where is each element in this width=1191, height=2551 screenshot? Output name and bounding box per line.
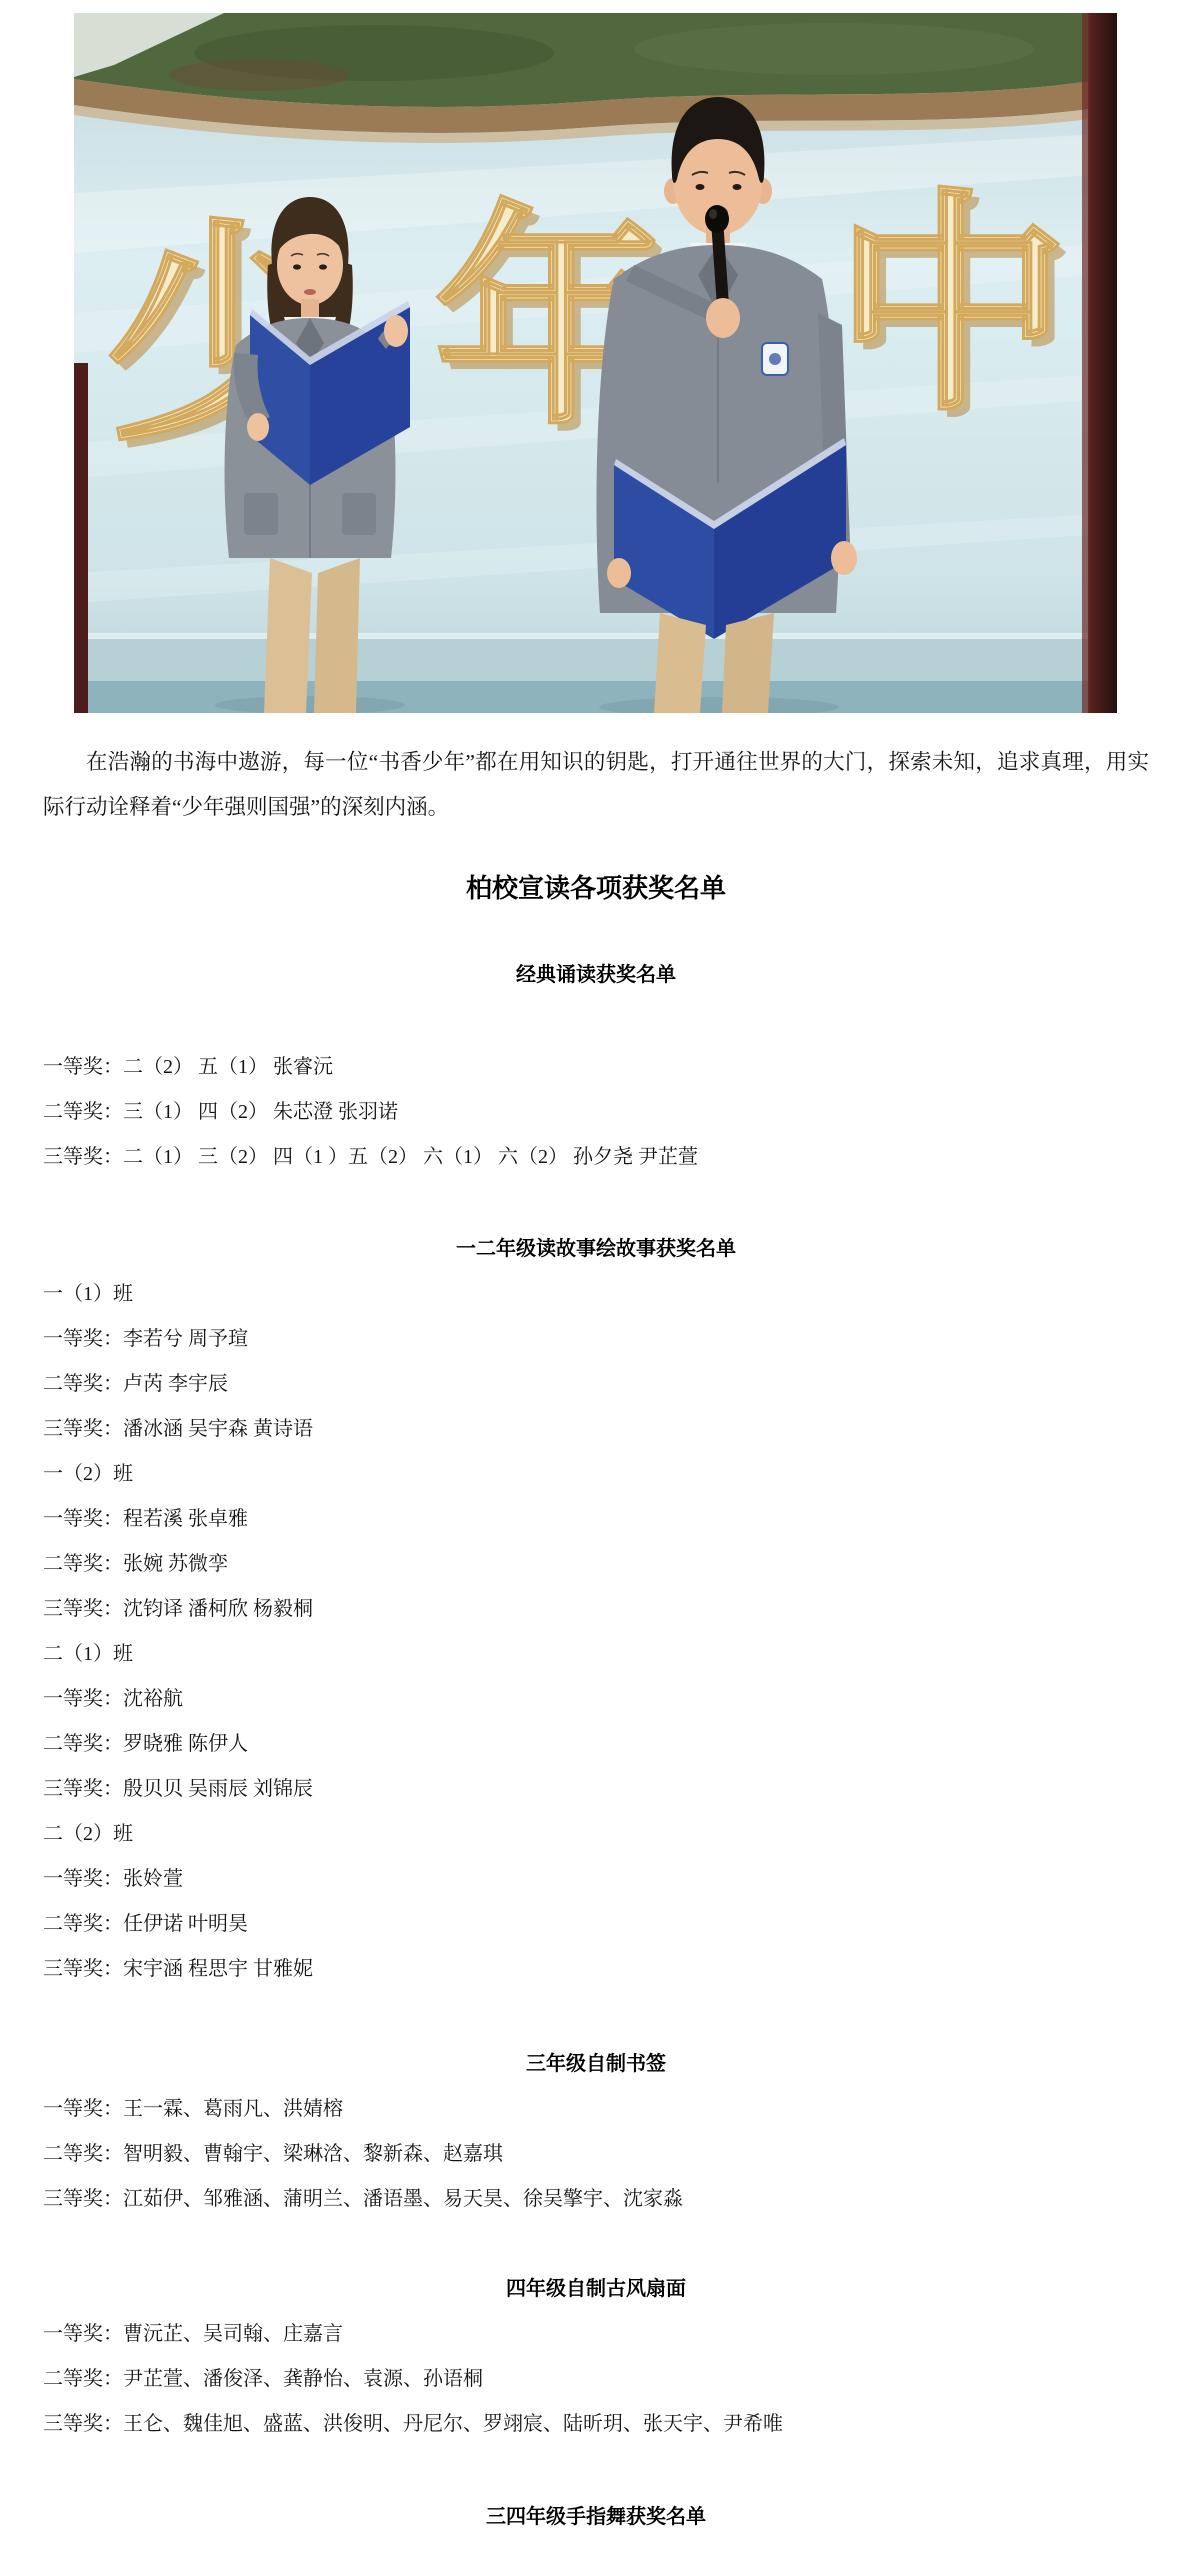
class-label: 二（2）班 [43, 1812, 1149, 1857]
award-line: 三等奖：沈钧译 潘柯欣 杨毅桐 [43, 1587, 1149, 1632]
stage-photo: 少 年 中 少 年 中 [74, 13, 1117, 713]
award-line: 一等奖：沈裕航 [43, 1677, 1149, 1722]
section-heading-classic-reading: 经典诵读获奖名单 [43, 953, 1149, 998]
slogan-char: 中 [834, 178, 1069, 438]
curtain-right [1082, 13, 1117, 713]
curtain-left [74, 363, 88, 713]
award-line: 二等奖：任伊诺 叶明昊 [43, 1902, 1149, 1947]
stage-backdrop-top [74, 13, 1117, 143]
award-line: 二等奖：尹芷萱、潘俊泽、龚静怡、袁源、孙语桐 [43, 2357, 1149, 2402]
award-line: 二等奖：智明毅、曹翰宇、梁琳浛、黎新森、赵嘉琪 [43, 2132, 1149, 2177]
award-line: 一等奖：李若兮 周予瑄 [43, 1317, 1149, 1362]
award-line: 一等奖：王一霖、葛雨凡、洪婧榕 [43, 2087, 1149, 2132]
award-line: 三等奖：二（1） 三（2） 四（1 ）五（2） 六（1） 六（2） 孙夕尧 尹芷… [43, 1135, 1149, 1180]
class-label: 一（2）班 [43, 1452, 1149, 1497]
section-heading-finger-dance: 三四年级手指舞获奖名单 [43, 2495, 1149, 2540]
article-body: 在浩瀚的书海中遨游，每一位“书香少年”都在用知识的钥匙，打开通往世界的大门，探索… [43, 713, 1149, 2540]
award-line: 一等奖：曹沅芷、吴司翰、庄嘉言 [43, 2312, 1149, 2357]
award-line: 一等奖：程若溪 张卓雅 [43, 1497, 1149, 1542]
intro-paragraph: 在浩瀚的书海中遨游，每一位“书香少年”都在用知识的钥匙，打开通往世界的大门，探索… [43, 740, 1149, 830]
award-line: 二等奖：三（1） 四（2） 朱芯澄 张羽诺 [43, 1090, 1149, 1135]
page-title: 柏校宣读各项获奖名单 [43, 866, 1149, 911]
award-line: 二等奖：张婉 苏微孪 [43, 1542, 1149, 1587]
award-line: 三等奖：王仑、魏佳旭、盛蓝、洪俊明、丹尼尔、罗翊宸、陆昕玥、张天宇、尹希唯 [43, 2402, 1149, 2447]
award-line: 一等奖：张姈萱 [43, 1857, 1149, 1902]
award-line: 三等奖：江茹伊、邹雅涵、蒲明兰、潘语墨、易天昊、徐吴擎宇、沈家淼 [43, 2177, 1149, 2222]
section-heading-fan: 四年级自制古风扇面 [43, 2267, 1149, 2312]
section-heading-story-drawing: 一二年级读故事绘故事获奖名单 [43, 1227, 1149, 1272]
award-line: 一等奖：二（2） 五（1） 张睿沅 [43, 1045, 1149, 1090]
award-line: 三等奖：宋宇涵 程思宇 甘雅妮 [43, 1947, 1149, 1992]
section-heading-bookmark: 三年级自制书签 [43, 2042, 1149, 2087]
school-badge [762, 343, 788, 375]
award-line: 三等奖：潘冰涵 吴宇森 黄诗语 [43, 1407, 1149, 1452]
award-line: 二等奖：罗晓雅 陈伊人 [43, 1722, 1149, 1767]
award-line: 二等奖：卢芮 李宇辰 [43, 1362, 1149, 1407]
award-line: 三等奖：殷贝贝 吴雨辰 刘锦辰 [43, 1767, 1149, 1812]
class-label: 一（1）班 [43, 1272, 1149, 1317]
article-page: 少 年 中 少 年 中 [0, 0, 1191, 2551]
stage-photo-illustration: 少 年 中 少 年 中 [74, 13, 1117, 713]
class-label: 二（1）班 [43, 1632, 1149, 1677]
